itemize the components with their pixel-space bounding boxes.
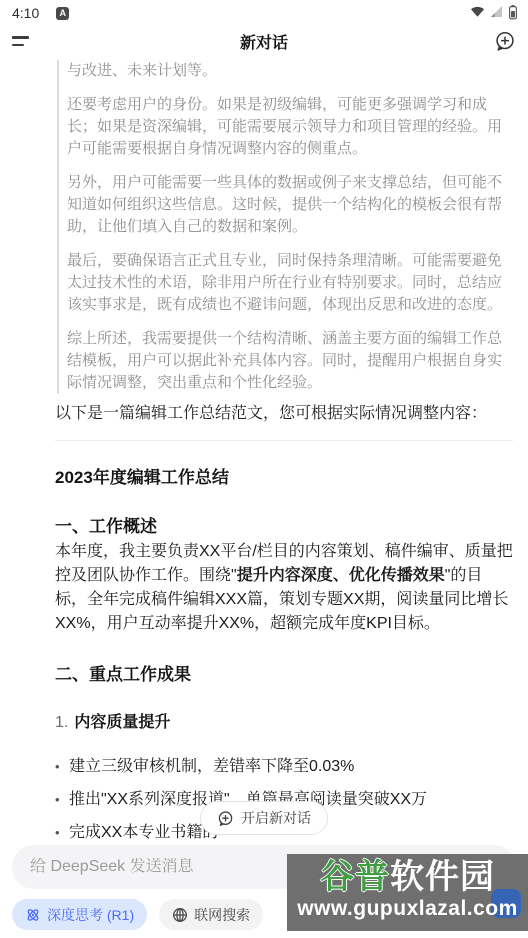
list-item: 建立三级审核机制，差错率下降至0.03%: [55, 756, 513, 778]
subsection-number: 1.: [55, 714, 68, 731]
chat-bubble-plus-icon: [217, 810, 234, 827]
globe-icon: [172, 907, 188, 923]
start-new-chat-label: 开启新对话: [241, 808, 311, 828]
header: 新对话: [0, 24, 528, 58]
battery-icon: [508, 4, 518, 23]
watermark-brand: 谷普 软件园: [287, 854, 528, 896]
cellular-signal-icon: [489, 4, 504, 22]
status-bar: 4:10 A: [0, 0, 528, 24]
notification-app-icon: A: [56, 7, 69, 20]
reasoning-paragraph: 还要考虑用户的身份。如果是初级编辑，可能更多强调学习和成长；如果是资深编辑，可能…: [67, 94, 513, 160]
reasoning-paragraph: 与改进、未来计划等。: [67, 60, 513, 82]
subsection-title: 内容质量提升: [74, 714, 170, 731]
clock: 4:10: [12, 5, 39, 21]
new-chat-icon[interactable]: [494, 30, 516, 52]
start-new-chat-button[interactable]: 开启新对话: [200, 801, 328, 835]
atom-icon: [25, 907, 41, 923]
sidebar-menu-icon[interactable]: [12, 36, 30, 46]
web-search-label: 联网搜索: [194, 905, 250, 925]
section-divider: [55, 440, 513, 441]
section-1-heading: 一、工作概述: [55, 512, 513, 537]
page-title: 新对话: [240, 30, 288, 53]
watermark-brand-green: 谷普: [320, 859, 390, 896]
document-title: 2023年度编辑工作总结: [55, 463, 513, 488]
web-search-toggle[interactable]: 联网搜索: [159, 899, 263, 930]
reasoning-paragraph: 综上所述，我需要提供一个结构清晰、涵盖主要方面的编辑工作总结模板，用户可以据此补…: [67, 328, 513, 394]
watermark-brand-white: 软件园: [390, 859, 495, 896]
section-2-heading: 二、重点工作成果: [55, 660, 513, 685]
answer-intro: 以下是一篇编辑工作总结范文，您可根据实际情况调整内容：: [55, 402, 513, 426]
deep-think-label: 深度思考 (R1): [47, 905, 134, 925]
wifi-icon: [470, 4, 485, 22]
deep-think-toggle[interactable]: 深度思考 (R1): [12, 899, 147, 930]
reasoning-paragraph: 最后，要确保语言正式且专业，同时保持条理清晰。可能需要避免太过技术性的术语，除非…: [67, 250, 513, 316]
section-1-body-bold: 提升内容深度、优化传播效果: [237, 567, 445, 584]
app-screen: 4:10 A 新对话: [0, 0, 528, 938]
reasoning-block: 与改进、未来计划等。 还要考虑用户的身份。如果是初级编辑，可能更多强调学习和成长…: [57, 60, 513, 394]
section-1-body: 本年度，我主要负责XX平台/栏目的内容策划、稿件编审、质量把控及团队协作工作。围…: [55, 540, 513, 636]
reasoning-paragraph: 另外，用户可能需要一些具体的数据或例子来支撑总结，但可能不知道如何组织这些信息。…: [67, 172, 513, 238]
watermark-overlay: 谷普 软件园 www.gupuxlazal.com: [287, 854, 528, 931]
assistant-message: 与改进、未来计划等。 还要考虑用户的身份。如果是初级编辑，可能更多强调学习和成长…: [0, 58, 528, 844]
watermark-url: www.gupuxlazal.com: [287, 896, 528, 921]
subsection-heading: 1.内容质量提升: [55, 709, 513, 732]
